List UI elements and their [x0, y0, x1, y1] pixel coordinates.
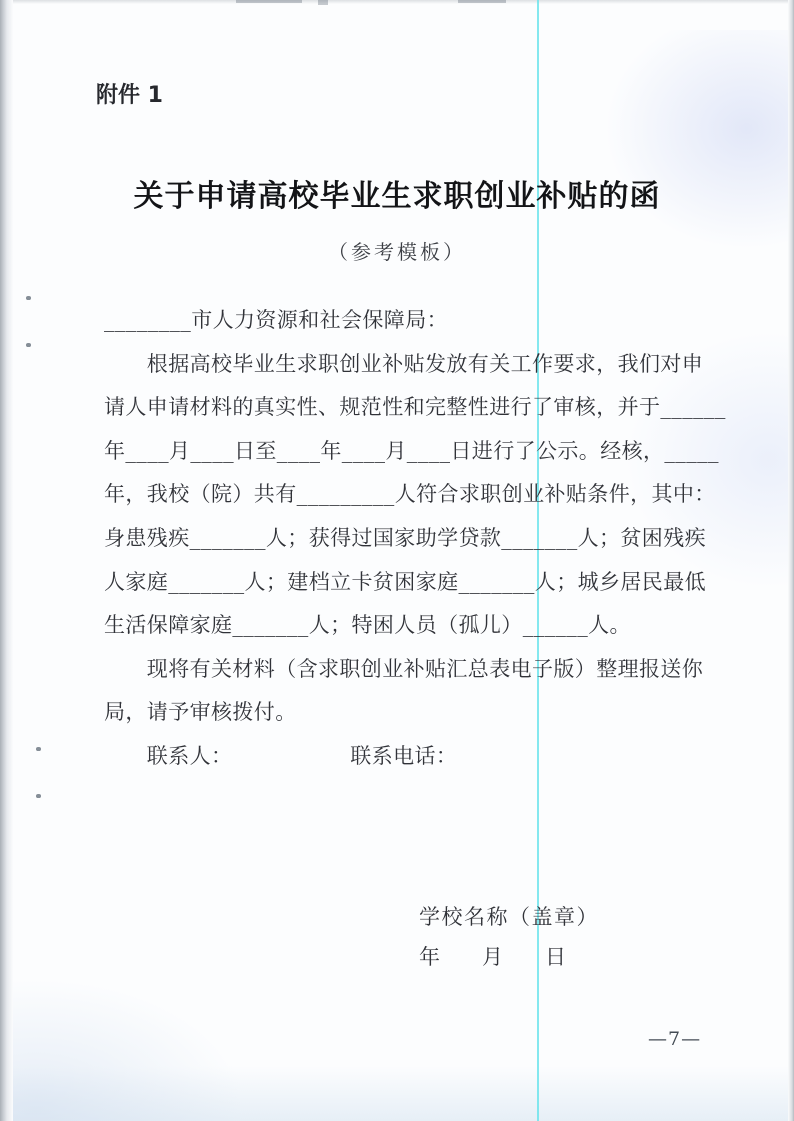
scan-smudge-bottom-left — [0, 981, 240, 1121]
scan-smudge-top-right — [604, 30, 794, 250]
body-line-contacts: 联系人： 联系电话： — [104, 735, 704, 779]
scan-dot — [36, 747, 41, 751]
body-line: 身患残疾_______人；获得过国家助学贷款_______人；贫困残疾 — [104, 517, 704, 561]
scan-dot — [26, 296, 31, 300]
body-line: 生活保障家庭_______人；特困人员（孤儿）______人。 — [104, 604, 704, 648]
scan-speck — [458, 0, 506, 3]
document-title: 关于申请高校毕业生求职创业补贴的函 — [57, 171, 737, 215]
scan-speck — [236, 0, 302, 3]
body-line: 人家庭_______人；建档立卡贫困家庭_______人；城乡居民最低 — [104, 561, 704, 605]
scan-dot — [26, 343, 31, 347]
document-subtitle: （参考模板） — [57, 236, 737, 265]
body-line-salutation: ________市人力资源和社会保障局： — [104, 299, 704, 343]
scan-dot — [36, 794, 41, 798]
scan-speck — [318, 0, 328, 5]
body-line: 现将有关材料（含求职创业补贴汇总表电子版）整理报送你 — [104, 648, 704, 692]
body-line: 年____月____日至____年____月____日进行了公示。经核，____… — [104, 430, 704, 474]
scan-edge-left — [0, 0, 13, 1121]
attachment-label: 附件 1 — [96, 78, 163, 109]
signature-school-name: 学校名称（盖章） — [419, 901, 599, 931]
scan-edge-top — [0, 0, 794, 4]
page-number: —7— — [648, 1028, 701, 1050]
body-line: 年，我校（院）共有_________人符合求职创业补贴条件，其中： — [104, 473, 704, 517]
body-line: 根据高校毕业生求职创业补贴发放有关工作要求，我们对申 — [104, 343, 704, 387]
signature-date: 年 月 日 — [419, 941, 566, 971]
document-body: ________市人力资源和社会保障局： 根据高校毕业生求职创业补贴发放有关工作… — [104, 299, 704, 779]
body-line: 请人申请材料的真实性、规范性和完整性进行了审核，并于______ — [104, 386, 704, 430]
body-line: 局，请予审核拨付。 — [104, 691, 704, 735]
scanned-document-page: 附件 1 关于申请高校毕业生求职创业补贴的函 （参考模板） ________市人… — [0, 0, 794, 1121]
scan-edge-right — [788, 0, 794, 1121]
